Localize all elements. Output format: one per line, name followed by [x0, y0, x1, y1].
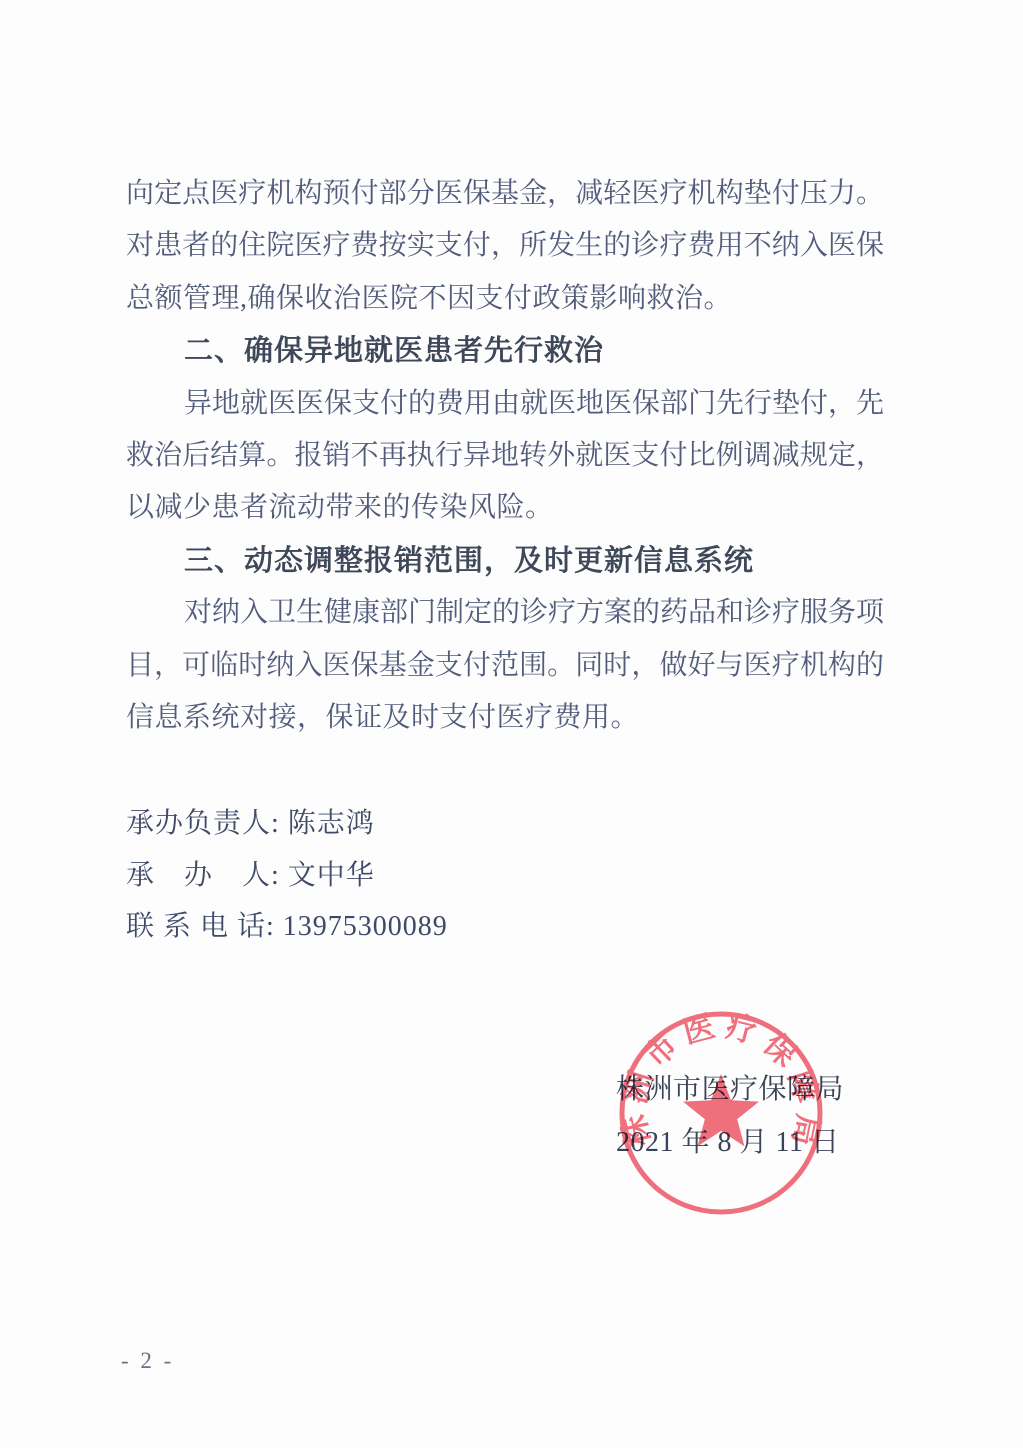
document-body: 向定点医疗机构预付部分医保基金，减轻医疗机构垫付压力。 对患者的住院医疗费按实支… — [126, 168, 884, 744]
section-heading-2: 二、确保异地就医患者先行救治 — [126, 325, 884, 377]
document-page: 向定点医疗机构预付部分医保基金，减轻医疗机构垫付压力。 对患者的住院医疗费按实支… — [0, 0, 1023, 1448]
seal-star-icon — [683, 1074, 759, 1146]
contact-phone-line: 联 系 电 话: 13975300089 — [126, 901, 448, 953]
section-heading-3: 三、动态调整报销范围，及时更新信息系统 — [126, 535, 884, 587]
page-number: - 2 - — [121, 1348, 174, 1374]
paragraph-line: 目，可临时纳入医保基金支付范围。同时，做好与医疗机构的 — [126, 640, 884, 692]
paragraph-line: 对纳入卫生健康部门制定的诊疗方案的药品和诊疗服务项 — [126, 587, 884, 639]
paragraph-line: 信息系统对接，保证及时支付医疗费用。 — [126, 692, 884, 744]
paragraph-line: 对患者的住院医疗费按实支付，所发生的诊疗费用不纳入医保 — [126, 220, 884, 272]
paragraph-line: 异地就医医保支付的费用由就医地医保部门先行垫付，先 — [126, 378, 884, 430]
paragraph-line: 以减少患者流动带来的传染风险。 — [126, 482, 884, 534]
paragraph-line: 总额管理,确保收治医院不因支付政策影响救治。 — [126, 273, 884, 325]
contact-block: 承办负责人: 陈志鸿 承 办 人: 文中华 联 系 电 话: 139753000… — [126, 798, 448, 953]
undertaker-line: 承 办 人: 文中华 — [126, 850, 448, 902]
paragraph-line: 救治后结算。报销不再执行异地转外就医支付比例调减规定， — [126, 430, 884, 482]
official-seal-stamp: 株洲市医疗保障局 — [616, 1008, 826, 1218]
paragraph-line: 向定点医疗机构预付部分医保基金，减轻医疗机构垫付压力。 — [126, 168, 884, 220]
undertaker-in-charge-line: 承办负责人: 陈志鸿 — [126, 798, 448, 850]
